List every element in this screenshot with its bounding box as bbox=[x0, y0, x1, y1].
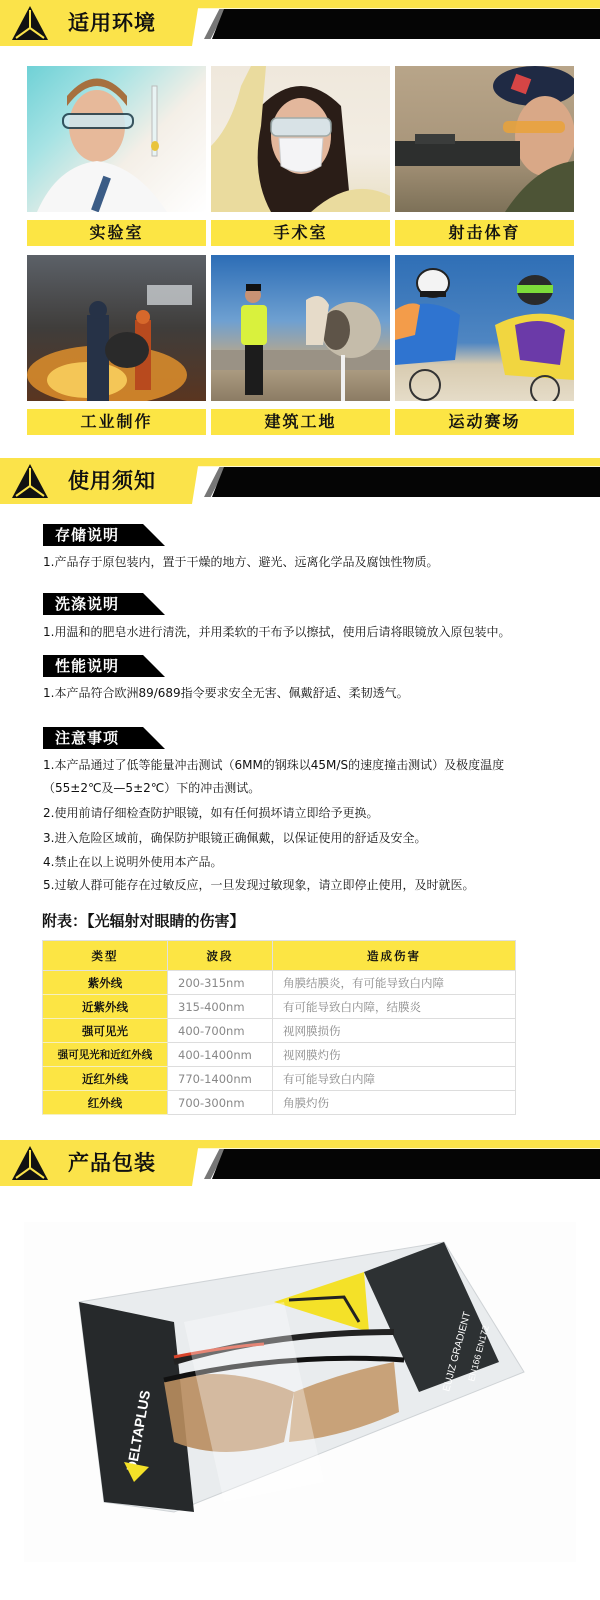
environment-tile-shooting: 射击体育 bbox=[395, 66, 574, 246]
cell-harm: 角膜灼伤 bbox=[273, 1091, 516, 1115]
cell-type: 紫外线 bbox=[43, 971, 168, 995]
surgery-photo bbox=[211, 66, 390, 212]
cell-band: 200-315nm bbox=[168, 971, 273, 995]
performance-title: 性能说明 bbox=[43, 655, 165, 677]
section-banner-environment: 适用环境 bbox=[0, 0, 600, 46]
environment-tile-construction: 建筑工地 bbox=[211, 255, 390, 435]
section-title: 使用须知 bbox=[68, 465, 156, 495]
delta-triangle-logo-icon bbox=[10, 4, 50, 42]
tile-label: 运动赛场 bbox=[395, 409, 574, 435]
appendix-title: 附表：【光辐射对眼睛的伤害】 bbox=[42, 910, 245, 931]
delta-triangle-logo-icon bbox=[10, 462, 50, 500]
table-row: 强可见光 400-700nm 视网膜损伤 bbox=[43, 1019, 516, 1043]
table-row: 强可见光和近红外线 400-1400nm 视网膜灼伤 bbox=[43, 1043, 516, 1067]
cell-harm: 有可能导致白内障，结膜炎 bbox=[273, 995, 516, 1019]
cell-band: 700-300nm bbox=[168, 1091, 273, 1115]
notes-line-3: 3.进入危险区域前，确保防护眼镜正确佩戴，以保证使用的舒适及安全。 bbox=[43, 829, 426, 847]
table-row: 近紫外线 315-400nm 有可能导致白内障，结膜炎 bbox=[43, 995, 516, 1019]
construction-photo bbox=[211, 255, 390, 401]
cell-band: 770-1400nm bbox=[168, 1067, 273, 1091]
cell-harm: 视网膜灼伤 bbox=[273, 1043, 516, 1067]
table-row: 红外线 700-300nm 角膜灼伤 bbox=[43, 1091, 516, 1115]
storage-text: 1.产品存于原包装内，置于干燥的地方、避光、远离化学品及腐蚀性物质。 bbox=[43, 553, 438, 571]
table-row: 近红外线 770-1400nm 有可能导致白内障 bbox=[43, 1067, 516, 1091]
cell-band: 315-400nm bbox=[168, 995, 273, 1019]
environment-grid-row-2: 工业制作 建筑工地 bbox=[27, 255, 574, 435]
header-type: 类型 bbox=[43, 941, 168, 971]
notes-line-2: 2.使用前请仔细检查防护眼镜，如有任何损坏请立即给予更换。 bbox=[43, 804, 378, 822]
tile-label: 实验室 bbox=[27, 220, 206, 246]
tile-label: 工业制作 bbox=[27, 409, 206, 435]
environment-grid-row-1: 实验室 手术室 射击体育 bbox=[27, 66, 574, 246]
environment-tile-sports: 运动赛场 bbox=[395, 255, 574, 435]
cell-type: 强可见光 bbox=[43, 1019, 168, 1043]
performance-text: 1.本产品符合欧洲89/689指令要求安全无害、佩戴舒适、柔韧透气。 bbox=[43, 684, 409, 702]
section-title: 产品包装 bbox=[68, 1147, 156, 1177]
notes-line-5: 5.过敏人群可能存在过敏反应，一旦发现过敏现象，请立即停止使用，及时就医。 bbox=[43, 876, 474, 894]
washing-title: 洗涤说明 bbox=[43, 593, 165, 615]
banner-black-bar bbox=[212, 9, 600, 39]
table-row: 紫外线 200-315nm 角膜结膜炎，有可能导致白内障 bbox=[43, 971, 516, 995]
tile-label: 手术室 bbox=[211, 220, 390, 246]
lab-photo bbox=[27, 66, 206, 212]
shooting-photo bbox=[395, 66, 574, 212]
delta-triangle-logo-icon bbox=[10, 1144, 50, 1182]
notes-title: 注意事项 bbox=[43, 727, 165, 749]
radiation-hazard-table: 类型 波段 造成伤害 紫外线 200-315nm 角膜结膜炎，有可能导致白内障 … bbox=[42, 940, 516, 1115]
industry-photo bbox=[27, 255, 206, 401]
cell-type: 红外线 bbox=[43, 1091, 168, 1115]
cell-harm: 视网膜损伤 bbox=[273, 1019, 516, 1043]
table-header-row: 类型 波段 造成伤害 bbox=[43, 941, 516, 971]
section-banner-packaging: 产品包装 bbox=[0, 1140, 600, 1186]
banner-black-bar bbox=[212, 1149, 600, 1179]
tile-label: 建筑工地 bbox=[211, 409, 390, 435]
storage-title: 存储说明 bbox=[43, 524, 165, 546]
cell-band: 400-1400nm bbox=[168, 1043, 273, 1067]
washing-text: 1.用温和的肥皂水进行清洗，并用柔软的干布予以擦拭，使用后请将眼镜放入原包装中。 bbox=[43, 623, 510, 641]
cell-type: 近红外线 bbox=[43, 1067, 168, 1091]
notes-line-1-cont: （55±2℃及—5±2℃）下的冲击测试。 bbox=[43, 779, 260, 797]
section-title: 适用环境 bbox=[68, 7, 156, 37]
environment-tile-surgery: 手术室 bbox=[211, 66, 390, 246]
tile-label: 射击体育 bbox=[395, 220, 574, 246]
environment-tile-lab: 实验室 bbox=[27, 66, 206, 246]
cell-harm: 角膜结膜炎，有可能导致白内障 bbox=[273, 971, 516, 995]
cell-type: 近紫外线 bbox=[43, 995, 168, 1019]
header-harm: 造成伤害 bbox=[273, 941, 516, 971]
product-package-photo: DELTAPLUS EUJIZ GRADIENT EN166 EN172 bbox=[24, 1222, 576, 1562]
sports-photo bbox=[395, 255, 574, 401]
cell-harm: 有可能导致白内障 bbox=[273, 1067, 516, 1091]
header-band: 波段 bbox=[168, 941, 273, 971]
banner-black-bar bbox=[212, 467, 600, 497]
cell-band: 400-700nm bbox=[168, 1019, 273, 1043]
cell-type: 强可见光和近红外线 bbox=[43, 1043, 168, 1067]
notes-line-1: 1.本产品通过了低等能量冲击测试（6MM的钢珠以45M/S的速度撞击测试）及极度… bbox=[43, 756, 504, 774]
section-banner-usage: 使用须知 bbox=[0, 458, 600, 504]
notes-line-4: 4.禁止在以上说明外使用本产品。 bbox=[43, 853, 222, 871]
environment-tile-industry: 工业制作 bbox=[27, 255, 206, 435]
